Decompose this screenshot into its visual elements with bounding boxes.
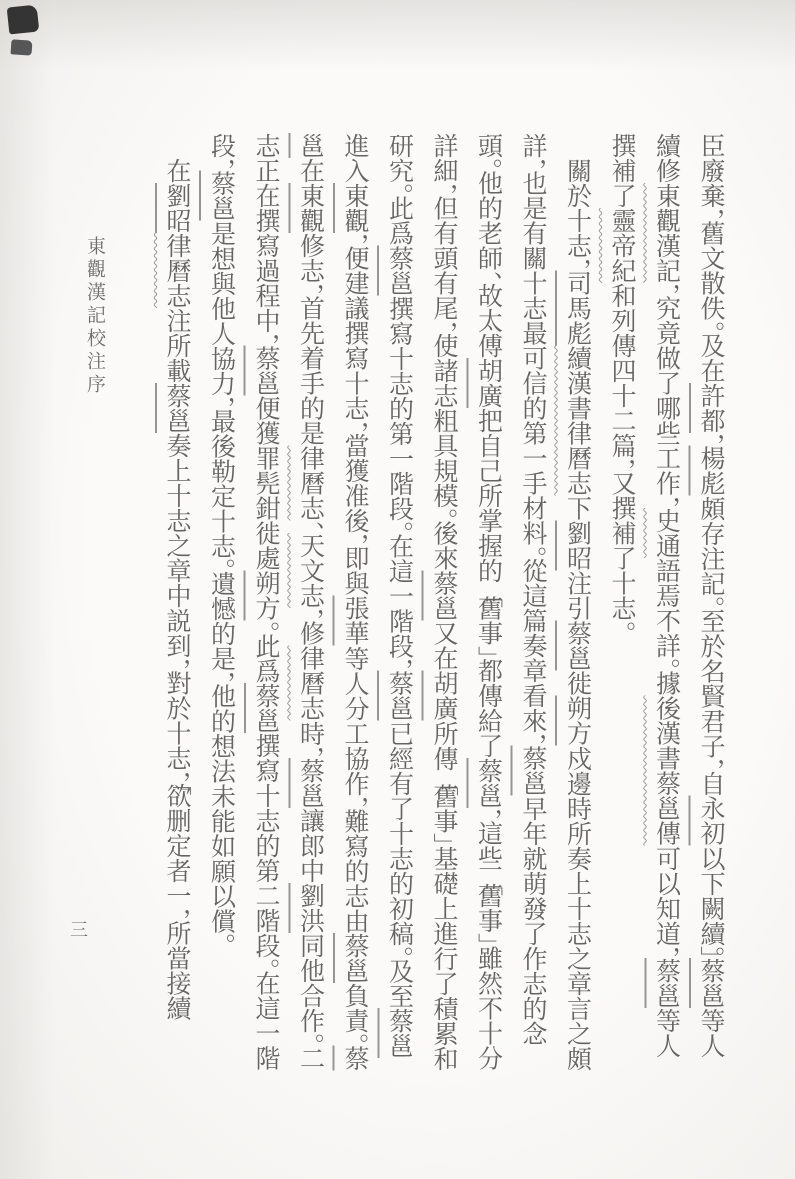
book-title: 史通 <box>653 508 680 558</box>
text-run: 是想與他人協力，最後勒定十志。遺憾的是，他的想法未能如願以償。 <box>208 221 235 946</box>
punctuation: ， <box>608 458 635 483</box>
page-number: 三 <box>70 916 88 942</box>
punctuation: ， <box>519 158 546 183</box>
text-run: 已經有了十志的初稿。及至 <box>386 721 413 1009</box>
punctuation: ， <box>475 808 502 833</box>
text-run: 以下闕續。」 <box>697 846 724 959</box>
proper-noun: 蔡邕 <box>697 958 724 1008</box>
text-run: 和列傳四十二篇，又撰補了十志。 <box>608 283 635 633</box>
text-run: 語焉不詳。據 <box>653 558 680 696</box>
text-run: 等人分工協作，難寫的志由 <box>341 646 368 934</box>
punctuation: ， <box>208 671 235 696</box>
punctuation: 。 <box>208 933 235 958</box>
text-run: 把自己所掌握的「舊事」都傳給了 <box>475 408 502 758</box>
text-run: 可以知道， <box>653 846 680 959</box>
text-run: 便獲罪髡鉗徙處 <box>252 396 279 571</box>
text-run: 負責。 <box>341 983 368 1046</box>
book-title: 靈帝紀 <box>608 208 635 283</box>
punctuation: 。 <box>475 158 502 183</box>
scan-smudge-icon <box>7 5 40 35</box>
punctuation: 「 <box>430 771 457 796</box>
punctuation: ， <box>653 283 680 308</box>
proper-noun: 胡廣 <box>475 358 502 408</box>
punctuation: ， <box>297 608 324 633</box>
proper-noun: 蔡邕 <box>475 758 502 808</box>
proper-noun: 胡廣 <box>430 671 457 721</box>
text-run: 在 <box>163 158 190 183</box>
punctuation: 。 <box>208 558 235 583</box>
text-run: 撰寫十志的第一階段。在這一階段， <box>386 296 413 671</box>
main-text: 臣廢棄，舊文散佚。及在許都，楊彪頗存注記。至於名賢君子，自永初以下闕續。」蔡邕等… <box>98 133 732 1071</box>
proper-noun: 許都 <box>697 383 724 433</box>
proper-noun: 朔方 <box>564 696 591 746</box>
book-title: 律曆志 <box>297 646 324 721</box>
proper-noun: 蔡邕 <box>386 1008 413 1058</box>
punctuation: 。 <box>697 321 724 346</box>
text-run: 讓郎中 <box>297 808 324 883</box>
proper-noun: 朔方 <box>252 571 279 621</box>
text-run: 臣廢棄，舊文散佚。及在 <box>697 133 724 383</box>
proper-noun: 劉昭 <box>163 183 190 233</box>
proper-noun: 蔡邕 <box>519 746 546 796</box>
punctuation: ， <box>163 908 190 933</box>
book-title: 東觀漢記 <box>653 183 680 283</box>
text-run: 注引 <box>564 571 591 621</box>
punctuation: 。 <box>430 508 457 533</box>
proper-noun: 永初 <box>697 796 724 846</box>
punctuation: 。 <box>252 958 279 983</box>
proper-noun: 蔡邕 <box>341 933 368 983</box>
punctuation: 。 <box>386 183 413 208</box>
punctuation: ， <box>297 283 324 308</box>
punctuation: 。 <box>386 946 413 971</box>
text-run: 時， <box>297 721 324 759</box>
proper-noun: 蔡邕 <box>564 621 591 671</box>
proper-noun: 蔡邕 <box>208 171 235 221</box>
book-page: 臣廢棄，舊文散佚。及在許都，楊彪頗存注記。至於名賢君子，自永初以下闕續。」蔡邕等… <box>0 0 795 1179</box>
proper-noun: 蔡邕 <box>297 758 324 808</box>
proper-noun: 蔡邕 <box>252 346 279 396</box>
paragraph: 關於十志，司馬彪續漢書律曆志下劉昭注引蔡邕徙朔方戍邊時所奏上十志之章言之頗詳，也… <box>198 133 599 1071</box>
book-title: 天文志 <box>297 533 324 608</box>
punctuation: ， <box>341 796 368 821</box>
text-run: ， <box>697 433 724 446</box>
proper-noun: 張華 <box>341 596 368 646</box>
punctuation: ， <box>697 208 724 233</box>
text-run: 在 <box>297 158 324 183</box>
proper-noun: 蔡邕 <box>430 571 457 621</box>
punctuation: 」 <box>475 933 502 958</box>
text-run: 頗存注記。至於名賢君子，自 <box>697 496 724 796</box>
proper-noun: 蔡邕 <box>163 383 190 433</box>
text-run: 。此爲 <box>252 621 279 684</box>
punctuation: ， <box>341 421 368 446</box>
proper-noun: 東觀 <box>341 183 368 233</box>
punctuation: 。 <box>608 621 635 646</box>
punctuation: 。 <box>252 621 279 646</box>
text-run: 又在 <box>430 621 457 671</box>
punctuation: 」 <box>430 833 457 858</box>
punctuation: ， <box>208 396 235 421</box>
paragraph: 在劉昭律曆志注所載蔡邕奏上十志之章中説到，對於十志，「欲删定者一，所當接續 <box>154 133 199 1071</box>
proper-noun: 蔡邕 <box>386 246 413 296</box>
text-run: 奏上十志之章中説到，對於十志，「欲删定者一，所當接續 <box>163 433 190 1021</box>
punctuation: ， <box>697 758 724 783</box>
text-run: ，究竟做了哪些工作， <box>653 283 680 508</box>
punctuation: 」 <box>475 646 502 671</box>
paragraph: 臣廢棄，舊文散佚。及在許都，楊彪頗存注記。至於名賢君子，自永初以下闕續。」蔡邕等… <box>599 133 733 1071</box>
proper-noun: 蔡邕 <box>252 683 279 733</box>
proper-noun: 東觀 <box>297 183 324 233</box>
text-run: ，修 <box>297 608 324 646</box>
punctuation: ， <box>430 183 457 208</box>
book-title: 續漢書律曆志 <box>564 346 591 496</box>
proper-noun: 司馬彪 <box>564 271 591 346</box>
punctuation: 。 <box>697 596 724 621</box>
book-title: 律曆志 <box>297 446 324 521</box>
punctuation: 「 <box>475 583 502 608</box>
text-run: 、 <box>297 521 324 534</box>
punctuation: 「 <box>163 783 190 796</box>
proper-noun: 劉洪 <box>297 883 324 933</box>
book-title: 律曆志 <box>163 233 190 308</box>
text-run: 注所載 <box>163 308 190 383</box>
punctuation: ， <box>163 771 190 796</box>
text-run: 關於十志， <box>564 158 591 271</box>
punctuation: 。 <box>519 546 546 571</box>
text-run: 修志，首先着手的是 <box>297 233 324 446</box>
proper-noun: 蔡邕 <box>386 671 413 721</box>
book-title: 後漢書蔡邕傳 <box>653 696 680 846</box>
text-run: 下 <box>564 496 591 521</box>
punctuation: ， <box>341 233 368 258</box>
scan-smudge-icon <box>11 39 33 55</box>
punctuation: ， <box>163 658 190 683</box>
text-run: 進入 <box>341 133 368 183</box>
punctuation: 、 <box>475 271 502 296</box>
text-run: ，便建議撰寫十志，當獲准後，即與 <box>341 233 368 596</box>
punctuation: 。 <box>386 521 413 546</box>
proper-noun: 楊彪 <box>697 446 724 496</box>
text-run: 徙 <box>564 671 591 696</box>
punctuation: ， <box>341 533 368 558</box>
punctuation: ， <box>430 321 457 346</box>
proper-noun: 劉昭 <box>564 521 591 571</box>
punctuation: 。 <box>297 1033 324 1058</box>
punctuation: 「 <box>475 871 502 896</box>
punctuation: 。 <box>653 658 680 683</box>
running-title: 東觀漢記校注序 <box>81 236 108 397</box>
proper-noun: 蔡邕 <box>653 958 680 1008</box>
